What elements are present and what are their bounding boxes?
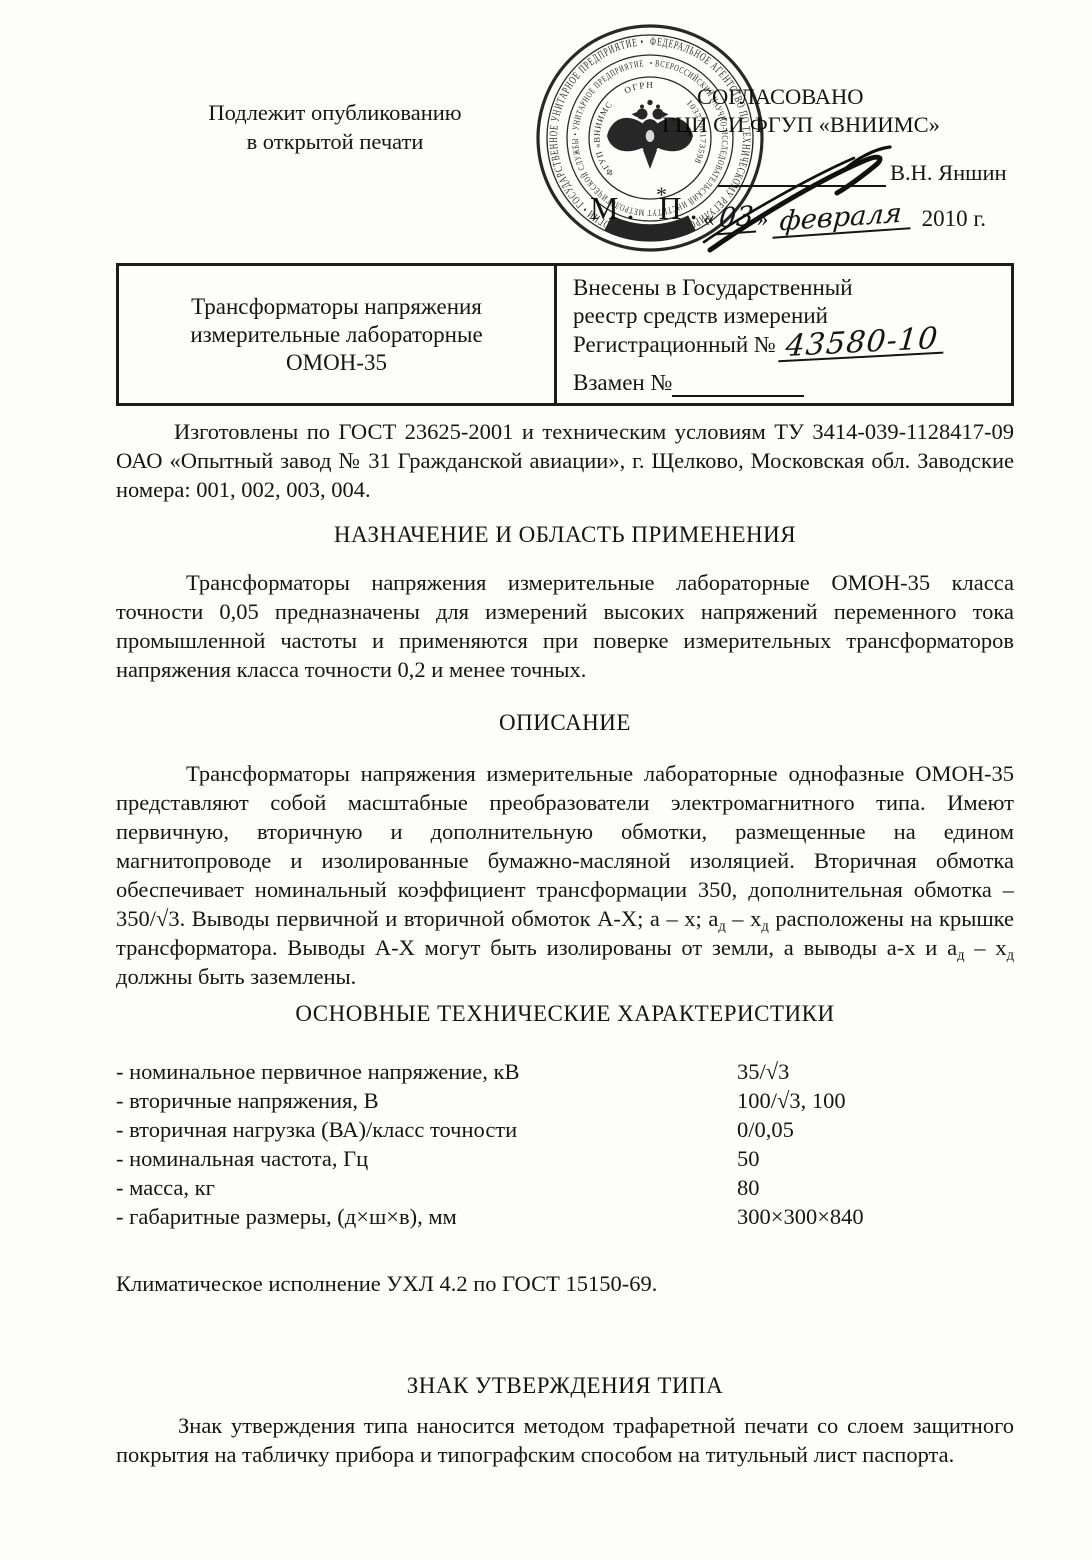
- publish-note-line2: в открытой печати: [150, 127, 520, 156]
- description-section-heading: ОПИСАНИЕ: [116, 708, 1014, 737]
- spec-value: 80: [737, 1173, 760, 1202]
- subscript-text: д: [957, 947, 964, 963]
- spec-row-primary-voltage: - номинальное первичное напряжение, кВ35…: [116, 1057, 1014, 1086]
- stamp-ogrn-label: ОГРН: [623, 80, 655, 96]
- replaces-row: Взамен №: [573, 369, 1005, 397]
- purpose-paragraph: Трансформаторы напряжения измерительные …: [116, 568, 1014, 684]
- purpose-section-heading: НАЗНАЧЕНИЕ И ОБЛАСТЬ ПРИМЕНЕНИЯ: [116, 520, 1014, 549]
- svg-text:ОГРН: ОГРН: [623, 80, 655, 96]
- spec-label: - номинальная частота, Гц: [116, 1146, 368, 1171]
- text-segment: – х: [726, 906, 762, 931]
- text-segment: должны быть заземлены.: [116, 964, 356, 989]
- replaces-blank-underline: [672, 373, 804, 397]
- subscript-text: д: [718, 918, 725, 934]
- spec-row-mass: - масса, кг80: [116, 1173, 1014, 1202]
- registry-table: Трансформаторы напряжения измерительные …: [116, 263, 1014, 406]
- spec-label: - масса, кг: [116, 1175, 215, 1200]
- stamp-star: *: [656, 182, 667, 207]
- specs-list: - номинальное первичное напряжение, кВ35…: [116, 1057, 1014, 1231]
- spec-row-secondary-load: - вторичная нагрузка (ВА)/класс точности…: [116, 1115, 1014, 1144]
- handwritten-registration-number: 43580-10: [778, 326, 945, 363]
- spec-value: 100/√3, 100: [737, 1086, 846, 1115]
- text-segment: – х: [965, 935, 1007, 960]
- spec-label: - вторичная нагрузка (ВА)/класс точности: [116, 1117, 517, 1142]
- manufactured-paragraph: Изготовлены по ГОСТ 23625-2001 и техниче…: [116, 417, 1014, 504]
- type-mark-section-heading: ЗНАК УТВЕРЖДЕНИЯ ТИПА: [116, 1371, 1014, 1400]
- spec-value: 50: [737, 1144, 760, 1173]
- date-year: 2010 г.: [922, 206, 986, 231]
- signature-line: В.Н. Яншин: [718, 158, 1007, 187]
- registry-table-product-cell: Трансформаторы напряжения измерительные …: [119, 266, 557, 403]
- spec-row-frequency: - номинальная частота, Гц50: [116, 1144, 1014, 1173]
- scanned-document-page: Подлежит опубликованию в открытой печати…: [0, 0, 1092, 1560]
- climate-note: Климатическое исполнение УХЛ 4.2 по ГОСТ…: [116, 1269, 1014, 1298]
- signature-underline: [718, 161, 886, 187]
- specs-section-heading: ОСНОВНЫЕ ТЕХНИЧЕСКИЕ ХАРАКТЕРИСТИКИ: [116, 999, 1014, 1028]
- spec-label: - габаритные размеры, (д×ш×в), мм: [116, 1204, 457, 1229]
- stamp-ink-band: [608, 223, 692, 233]
- product-model: ОМОН-35: [286, 349, 387, 377]
- approval-date: «03»февраля2010 г.: [703, 203, 986, 234]
- subscript-text: д: [761, 918, 768, 934]
- publish-note-line1: Подлежит опубликованию: [150, 98, 520, 127]
- description-paragraph: Трансформаторы напряжения измерительные …: [116, 759, 1014, 991]
- signature-icon: [696, 128, 916, 262]
- handwritten-month: февраля: [773, 198, 913, 239]
- registration-number-label: Регистрационный №: [573, 332, 776, 357]
- registry-table-entry-cell: Внесены в Государственный реестр средств…: [557, 266, 1011, 403]
- replaces-label: Взамен №: [573, 370, 672, 395]
- spec-row-dimensions: - габаритные размеры, (д×ш×в), мм300×300…: [116, 1202, 1014, 1231]
- date-quote-open: «: [703, 206, 715, 231]
- spec-value: 0/0,05: [737, 1115, 794, 1144]
- handwritten-day: 03: [713, 202, 758, 236]
- subscript-text: д: [1007, 947, 1014, 963]
- spec-label: - номинальное первичное напряжение, кВ: [116, 1059, 519, 1084]
- double-headed-eagle-icon: [607, 100, 693, 169]
- spec-value: 300×300×840: [737, 1202, 864, 1231]
- spec-row-secondary-voltages: - вторичные напряжения, В100/√3, 100: [116, 1086, 1014, 1115]
- spec-value: 35/√3: [737, 1057, 789, 1086]
- product-name-line2: измерительные лабораторные: [190, 321, 482, 349]
- type-mark-paragraph: Знак утверждения типа наносится методом …: [116, 1411, 1014, 1469]
- registration-number-row: Регистрационный №43580-10: [573, 330, 1005, 359]
- date-quote-close: »: [757, 206, 769, 231]
- document-body: Трансформаторы напряжения измерительные …: [116, 263, 1014, 1469]
- signer-name: В.Н. Яншин: [886, 160, 1007, 185]
- spec-label: - вторичные напряжения, В: [116, 1088, 379, 1113]
- publish-note: Подлежит опубликованию в открытой печати: [150, 98, 520, 156]
- product-name-line1: Трансформаторы напряжения: [191, 293, 482, 321]
- registry-entry-line1: Внесены в Государственный: [573, 274, 1005, 302]
